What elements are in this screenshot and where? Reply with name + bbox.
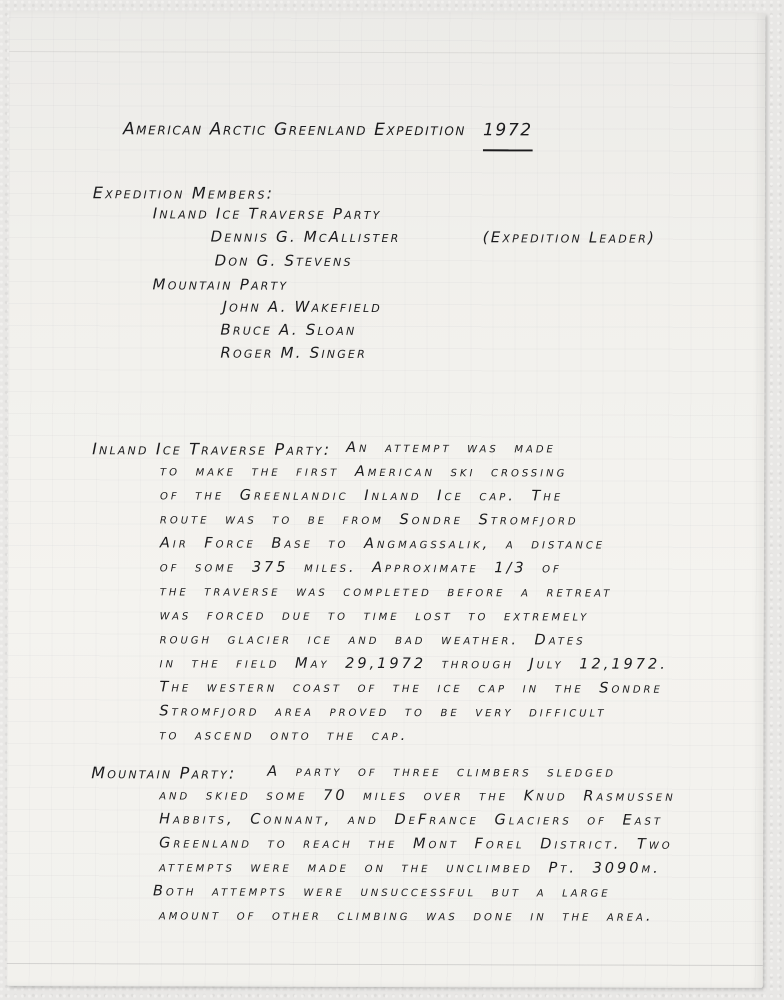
member-name: Don G. Stevens bbox=[215, 252, 353, 270]
mountain-party-label: Mountain Party bbox=[153, 275, 289, 293]
paragraph-line: to ascend onto the cap. bbox=[159, 727, 408, 744]
member-name: Roger M. Singer bbox=[220, 344, 367, 362]
member-name: Dennis G. McAllister bbox=[211, 228, 401, 246]
fold-line bbox=[9, 51, 765, 54]
member-name: Bruce A. Sloan bbox=[220, 321, 356, 339]
paragraph-line: rough glacier ice and bad weather. Dates bbox=[160, 631, 586, 648]
inland-party-label: Inland Ice Traverse Party bbox=[153, 204, 382, 223]
paragraph-line: A party of three climbers sledged bbox=[267, 764, 616, 781]
paragraph-line: to make the first American ski crossing bbox=[160, 463, 567, 480]
paragraph-line: Both attempts were unsuccessful but a la… bbox=[153, 883, 611, 900]
inland-section-heading: Inland Ice Traverse Party: bbox=[92, 439, 331, 459]
paragraph-line: and skied some 70 miles over the Knud Ra… bbox=[159, 787, 676, 804]
paragraph-line: was forced due to time lost to extremely bbox=[160, 607, 590, 624]
paragraph-line: Habbits, Connant, and DeFrance Glaciers … bbox=[159, 811, 663, 828]
members-heading: Expedition Members: bbox=[93, 183, 274, 202]
paragraph-line: Greenland to reach the Mont Forel Distri… bbox=[159, 835, 673, 852]
paragraph-line: Air Force Base to Angmagssalik, a distan… bbox=[160, 535, 605, 552]
bottom-fold-line bbox=[7, 963, 763, 966]
paragraph-line: attempts were made on the unclimbed Pt. … bbox=[159, 859, 661, 876]
paragraph-line: An attempt was made bbox=[346, 440, 556, 457]
document-title: American Arctic Greenland Expedition 197… bbox=[123, 119, 533, 140]
title-year: 1972 bbox=[483, 120, 533, 140]
paragraph-line: amount of other climbing was done in the… bbox=[159, 907, 654, 924]
title-text: American Arctic Greenland Expedition bbox=[123, 119, 466, 140]
paragraph-line: the traverse was completed before a retr… bbox=[160, 583, 613, 600]
paragraph-line: of some 375 miles. Approximate 1/3 of bbox=[160, 559, 562, 576]
member-note: (Expedition Leader) bbox=[483, 228, 656, 246]
member-name: John A. Wakefield bbox=[222, 298, 382, 316]
mountain-section-heading: Mountain Party: bbox=[91, 763, 236, 782]
paragraph-line: of the Greenlandic Inland Ice cap. The bbox=[160, 487, 563, 504]
paragraph-line: route was to be from Sondre Stromfjord bbox=[160, 511, 579, 528]
paragraph-line: Stromfjord area proved to be very diffic… bbox=[159, 703, 606, 720]
document-page: American Arctic Greenland Expedition 197… bbox=[7, 11, 766, 988]
paragraph-line: The western coast of the ice cap in the … bbox=[159, 679, 662, 696]
paragraph-line: in the field May 29,1972 through July 12… bbox=[160, 655, 668, 672]
